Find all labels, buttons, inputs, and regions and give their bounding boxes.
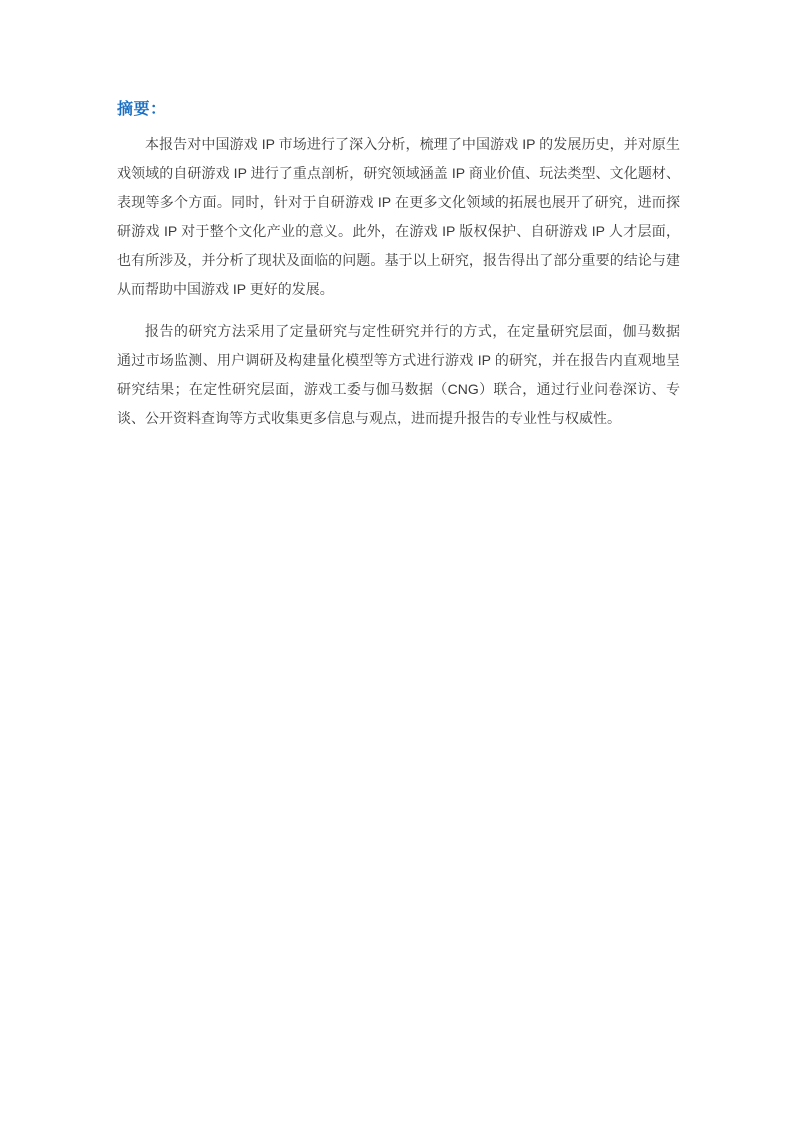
text-line: 从而帮助中国游戏 IP 更好的发展。 — [117, 275, 680, 304]
text-line: 报告的研究方法采用了定量研究与定性研究并行的方式，在定量研究层面，伽马数据（CN… — [117, 317, 680, 346]
text-line: 也有所涉及，并分析了现状及面临的问题。基于以上研究，报告得出了部分重要的结论与建… — [117, 246, 680, 275]
abstract-paragraph-2: 报告的研究方法采用了定量研究与定性研究并行的方式，在定量研究层面，伽马数据（CN… — [117, 317, 680, 433]
document-page: 摘要： 本报告对中国游戏 IP 市场进行了深入分析，梳理了中国游戏 IP 的发展… — [0, 0, 794, 1123]
text-line: 表现等多个方面。同时，针对于自研游戏 IP 在更多文化领域的拓展也展开了研究，进… — [117, 188, 680, 217]
abstract-heading: 摘要： — [117, 95, 680, 124]
text-line: 研究结果；在定性研究层面，游戏工委与伽马数据（CNG）联合，通过行业问卷深访、专… — [117, 375, 680, 404]
text-line: 谈、公开资料查询等方式收集更多信息与观点，进而提升报告的专业性与权威性。 — [117, 404, 680, 433]
text-line: 戏领域的自研游戏 IP 进行了重点剖析，研究领域涵盖 IP 商业价值、玩法类型、… — [117, 159, 680, 188]
text-line: 研游戏 IP 对于整个文化产业的意义。此外，在游戏 IP 版权保护、自研游戏 I… — [117, 217, 680, 246]
abstract-section: 摘要： 本报告对中国游戏 IP 市场进行了深入分析，梳理了中国游戏 IP 的发展… — [117, 95, 680, 433]
text-line: 通过市场监测、用户调研及构建量化模型等方式进行游戏 IP 的研究，并在报告内直观… — [117, 346, 680, 375]
abstract-paragraph-1: 本报告对中国游戏 IP 市场进行了深入分析，梳理了中国游戏 IP 的发展历史，并… — [117, 130, 680, 304]
text-line: 本报告对中国游戏 IP 市场进行了深入分析，梳理了中国游戏 IP 的发展历史，并… — [117, 130, 680, 159]
